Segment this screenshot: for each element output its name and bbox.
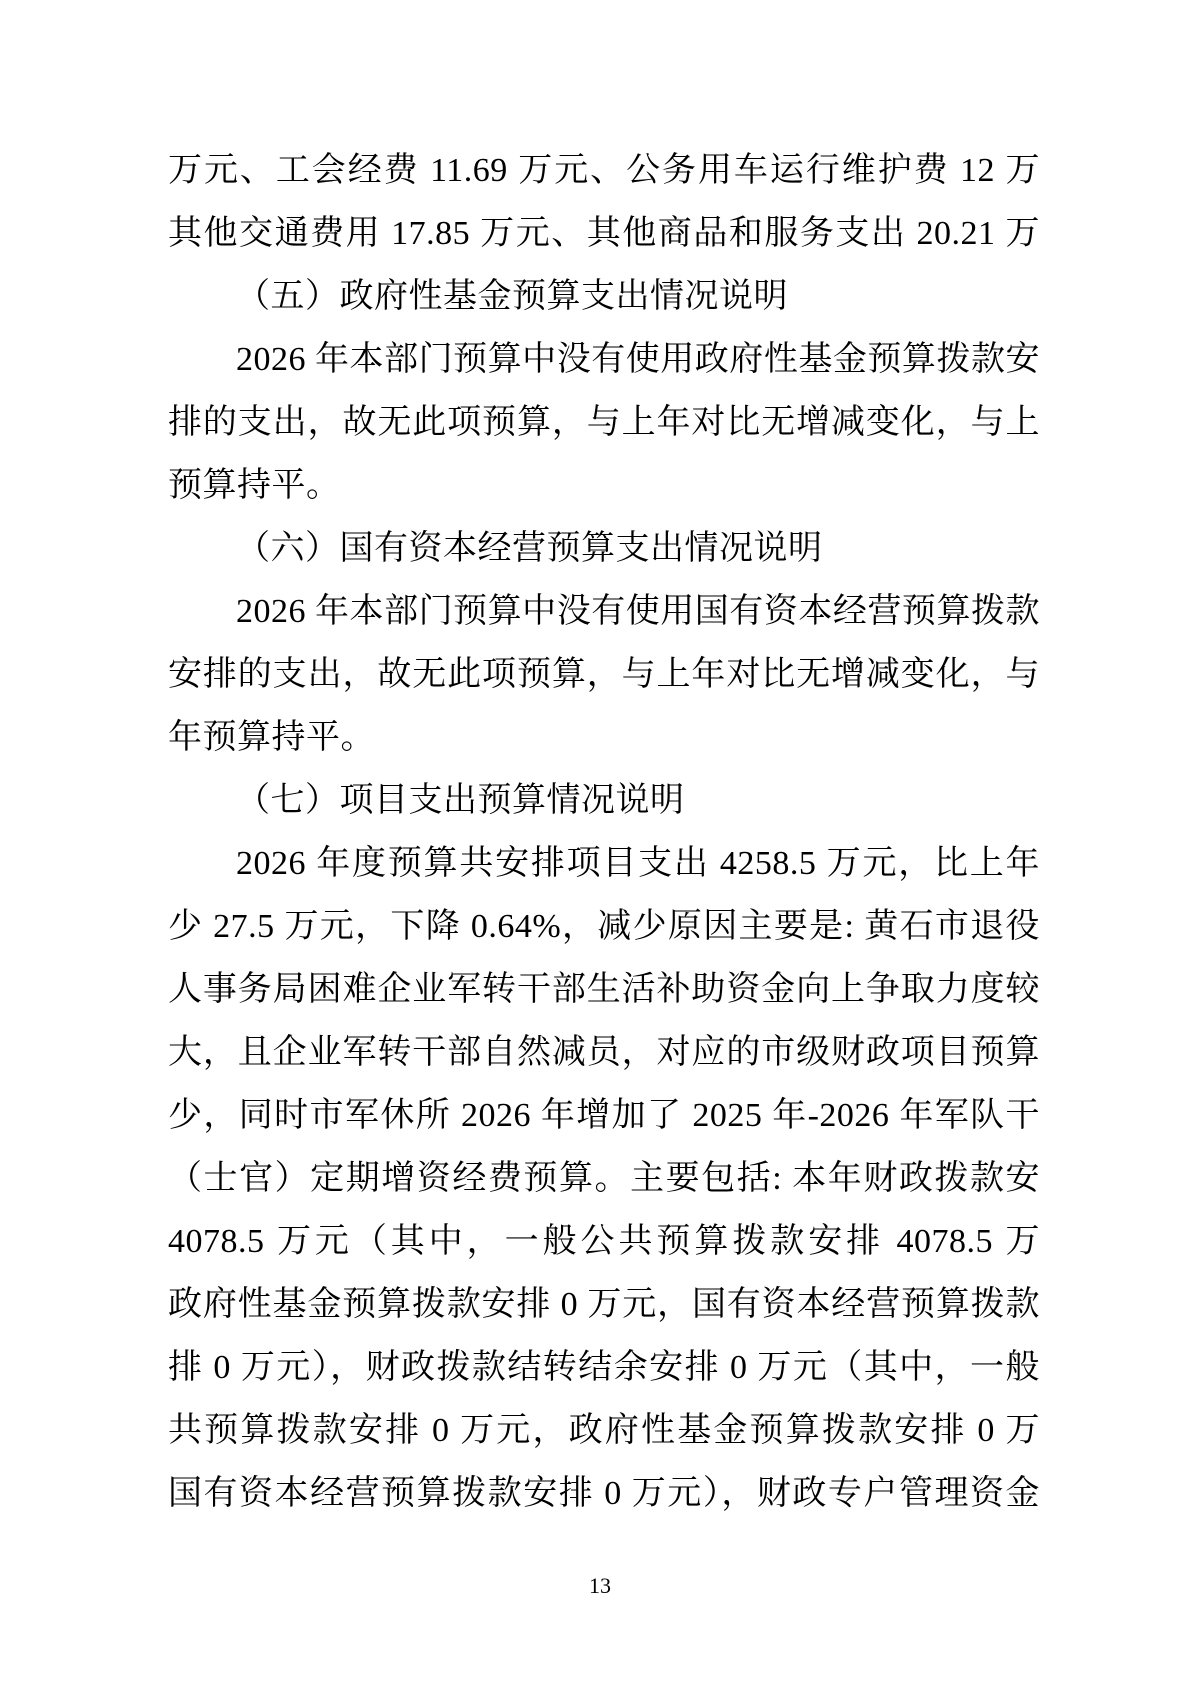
document-page: 万元、工会经费 11.69 万元、公务用车运行维护费 12 万元、其他交通费用 … (0, 0, 1200, 1697)
text-line: 少，同时市军休所 2026 年增加了 2025 年-2026 年军队干部 (168, 1084, 1040, 1147)
text-line: （七）项目支出预算情况说明 (168, 769, 1040, 832)
text-line: 政府性基金预算拨款安排 0 万元，国有资本经营预算拨款安 (168, 1273, 1040, 1336)
text-line: 年预算持平。 (168, 706, 1040, 769)
text-line: 排 0 万元），财政拨款结转结余安排 0 万元（其中，一般公 (168, 1336, 1040, 1399)
text-line: 人事务局困难企业军转干部生活补助资金向上争取力度较 (168, 958, 1040, 1021)
text-line: （五）政府性基金预算支出情况说明 (168, 265, 1040, 328)
text-line: 国有资本经营预算拨款安排 0 万元），财政专户管理资金安 (168, 1462, 1040, 1525)
text-line: 2026 年度预算共安排项目支出 4258.5 万元，比上年减 (168, 832, 1040, 895)
text-line: （六）国有资本经营预算支出情况说明 (168, 517, 1040, 580)
text-line: 安排的支出，故无此项预算，与上年对比无增减变化，与上 (168, 643, 1040, 706)
text-line: 2026 年本部门预算中没有使用政府性基金预算拨款安 (168, 328, 1040, 391)
text-line: 少 27.5 万元，下降 0.64%，减少原因主要是: 黄石市退役军 (168, 895, 1040, 958)
text-line: 万元、工会经费 11.69 万元、公务用车运行维护费 12 万元、 (168, 139, 1040, 202)
text-line: 排的支出，故无此项预算，与上年对比无增减变化，与上年 (168, 391, 1040, 454)
page-number: 13 (0, 1572, 1200, 1600)
text-line: 预算持平。 (168, 454, 1040, 517)
text-line: 其他交通费用 17.85 万元、其他商品和服务支出 20.21 万元。 (168, 202, 1040, 265)
text-line: 大，且企业军转干部自然减员，对应的市级财政项目预算减 (168, 1021, 1040, 1084)
text-line: （士官）定期增资经费预算。主要包括: 本年财政拨款安排 (168, 1147, 1040, 1210)
text-line: 共预算拨款安排 0 万元，政府性基金预算拨款安排 0 万元， (168, 1399, 1040, 1462)
document-body: 万元、工会经费 11.69 万元、公务用车运行维护费 12 万元、其他交通费用 … (168, 139, 1040, 1525)
text-line: 2026 年本部门预算中没有使用国有资本经营预算拨款 (168, 580, 1040, 643)
text-line: 4078.5 万元（其中，一般公共预算拨款安排 4078.5 万元， (168, 1210, 1040, 1273)
